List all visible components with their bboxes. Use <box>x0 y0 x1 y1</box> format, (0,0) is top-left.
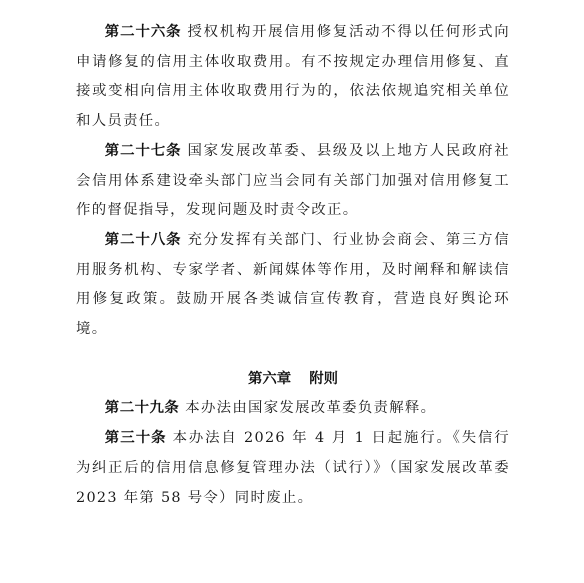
article-text: 本办法由国家发展改革委负责解释。 <box>185 400 436 416</box>
article-26: 第二十六条授权机构开展信用修复活动不得以任何形式向申请修复的信用主体收取费用。有… <box>76 18 510 137</box>
article-label: 第二十八条 <box>105 232 182 248</box>
article-label: 第二十九条 <box>105 400 179 416</box>
article-label: 第三十条 <box>105 430 167 446</box>
article-27: 第二十七条国家发展改革委、县级及以上地方人民政府社会信用体系建设牵头部门应当会同… <box>76 137 510 226</box>
chapter-title: 附则 <box>309 371 338 387</box>
article-label: 第二十六条 <box>105 24 182 40</box>
chapter-heading: 第六章附则 <box>76 365 510 395</box>
chapter-number: 第六章 <box>248 371 291 387</box>
article-label: 第二十七条 <box>105 143 182 159</box>
article-30: 第三十条本办法自 2026 年 4 月 1 日起施行。《失信行为纠正后的信用信息… <box>76 424 510 513</box>
article-29: 第二十九条本办法由国家发展改革委负责解释。 <box>76 394 510 424</box>
article-28: 第二十八条充分发挥有关部门、行业协会商会、第三方信用服务机构、专家学者、新闻媒体… <box>76 226 510 345</box>
document-page: 第二十六条授权机构开展信用修复活动不得以任何形式向申请修复的信用主体收取费用。有… <box>76 18 510 513</box>
